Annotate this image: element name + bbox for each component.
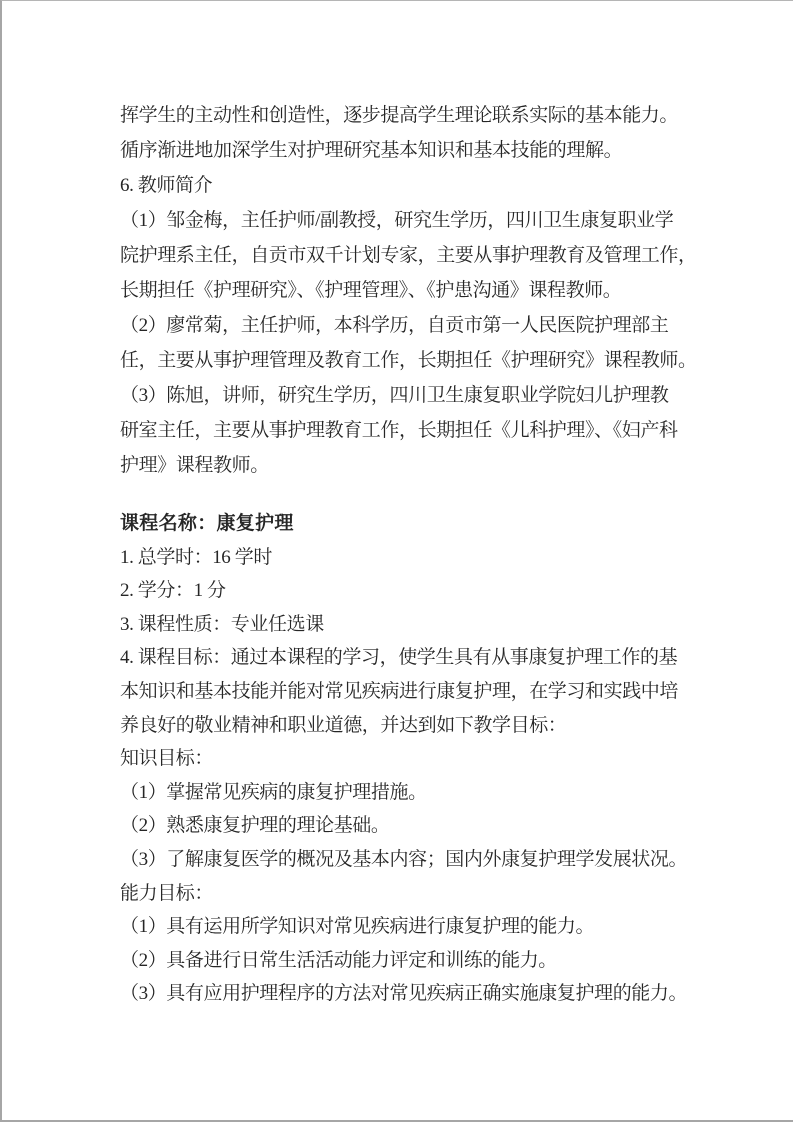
text-line: 挥学生的主动性和创造性，逐步提高学生理论联系实际的基本能力。 (120, 98, 732, 133)
text-line: 知识目标： (120, 742, 732, 776)
page-text-content: 挥学生的主动性和创造性，逐步提高学生理论联系实际的基本能力。循序渐进地加深学生对… (120, 98, 732, 1011)
text-line: （3）了解康复医学的概况及基本内容；国内外康复护理学发展状况。 (120, 843, 732, 877)
text-line: 1. 总学时：16 学时 (120, 541, 732, 575)
text-line: 循序渐进地加深学生对护理研究基本知识和基本技能的理解。 (120, 133, 732, 168)
text-line: 2. 学分：1 分 (120, 574, 732, 608)
text-line: （3）具有应用护理程序的方法对常见疾病正确实施康复护理的能力。 (120, 977, 732, 1011)
text-line: （3）陈旭，讲师，研究生学历，四川卫生康复职业学院妇儿护理教 (120, 378, 732, 413)
text-line: 能力目标： (120, 877, 732, 911)
text-line: 研室主任，主要从事护理教育工作，长期担任《儿科护理》、《妇产科 (120, 413, 732, 448)
document-page: 挥学生的主动性和创造性，逐步提高学生理论联系实际的基本能力。循序渐进地加深学生对… (0, 0, 793, 1122)
text-line: （2）具备进行日常生活活动能力评定和训练的能力。 (120, 944, 732, 978)
text-line: 护理》课程教师。 (120, 448, 732, 483)
text-line: （1）具有运用所学知识对常见疾病进行康复护理的能力。 (120, 910, 732, 944)
text-line: 4. 课程目标：通过本课程的学习，使学生具有从事康复护理工作的基 (120, 641, 732, 675)
text-line: （1）掌握常见疾病的康复护理措施。 (120, 776, 732, 810)
text-line: （2）廖常菊，主任护师，本科学历，自贡市第一人民医院护理部主 (120, 308, 732, 343)
text-line: 6. 教师简介 (120, 168, 732, 203)
text-line: （2）熟悉康复护理的理论基础。 (120, 809, 732, 843)
text-line: 养良好的敬业精神和职业道德，并达到如下教学目标： (120, 709, 732, 743)
text-line: （1）邹金梅，主任护师/副教授，研究生学历，四川卫生康复职业学 (120, 203, 732, 238)
course-title-heading: 课程名称：康复护理 (120, 507, 732, 541)
section-course-rehabilitation-nursing: 课程名称：康复护理1. 总学时：16 学时2. 学分：1 分3. 课程性质：专业… (120, 507, 732, 1011)
text-line: 3. 课程性质：专业任选课 (120, 608, 732, 642)
section-gap (120, 483, 732, 507)
section-teacher-introduction: 挥学生的主动性和创造性，逐步提高学生理论联系实际的基本能力。循序渐进地加深学生对… (120, 98, 732, 483)
text-line: 任，主要从事护理管理及教育工作，长期担任《护理研究》课程教师。 (120, 343, 732, 378)
text-line: 长期担任《护理研究》、《护理管理》、《护患沟通》课程教师。 (120, 273, 732, 308)
text-line: 本知识和基本技能并能对常见疾病进行康复护理，在学习和实践中培 (120, 675, 732, 709)
text-line: 院护理系主任，自贡市双千计划专家，主要从事护理教育及管理工作， (120, 238, 732, 273)
